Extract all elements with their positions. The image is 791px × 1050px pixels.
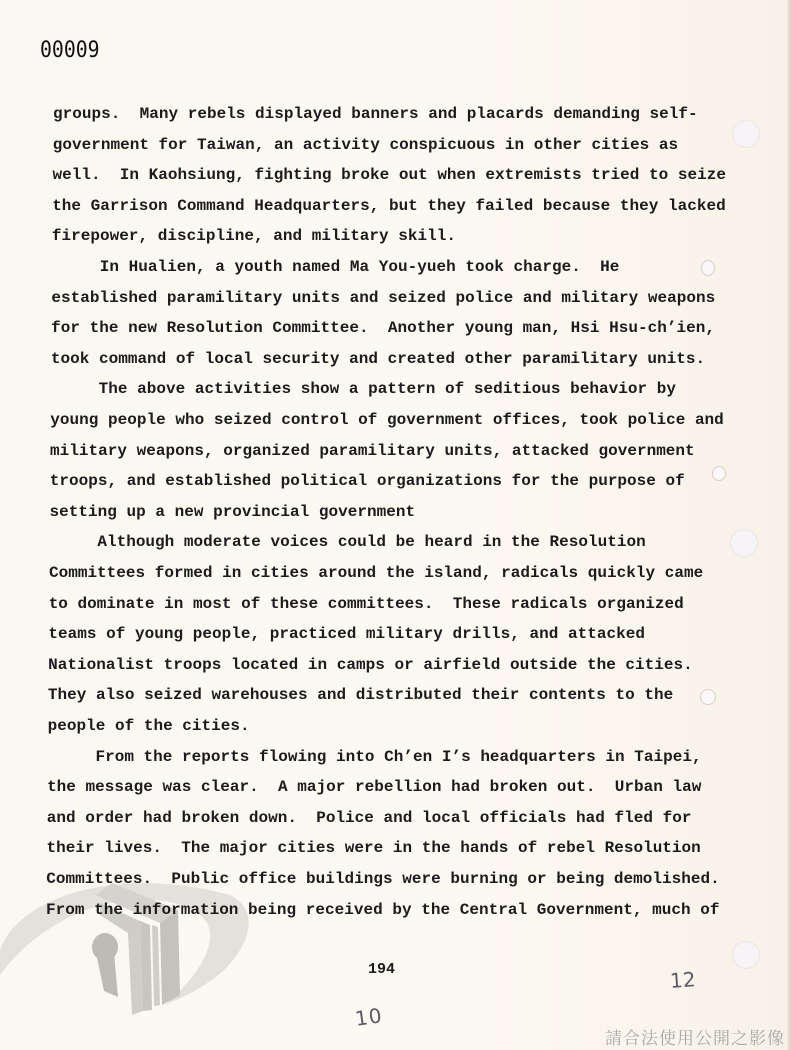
punch-hole — [713, 467, 725, 480]
handwritten-mark: 12 — [669, 967, 696, 993]
text-line: established paramilitary units and seize… — [51, 288, 715, 308]
text-line: From the reports flowing into Ch’en I’s … — [47, 747, 701, 767]
punch-hole — [733, 121, 759, 147]
handwritten-mark: 10 — [353, 1003, 384, 1031]
text-line: In Hualien, a youth named Ma You-yueh to… — [52, 257, 620, 277]
text-line: their lives. The major cities were in th… — [47, 838, 701, 858]
watermark-text: 請合法使用公開之影像 — [605, 1024, 785, 1049]
punch-hole — [731, 530, 757, 556]
text-line: military weapons, organized paramilitary… — [50, 441, 695, 461]
text-line: took command of local security and creat… — [51, 349, 705, 369]
text-line: young people who seized control of gover… — [50, 410, 724, 430]
page-number: 194 — [368, 961, 395, 978]
text-line: Committees formed in cities around the i… — [49, 563, 703, 583]
text-line: groups. Many rebels displayed banners an… — [53, 104, 698, 124]
punch-hole — [701, 690, 715, 704]
text-line: Although moderate voices could be heard … — [49, 532, 646, 552]
text-line: to dominate in most of these committees.… — [49, 594, 684, 614]
punch-hole — [702, 261, 714, 275]
text-line: the message was clear. A major rebellion… — [47, 777, 701, 797]
scanned-page: 00009 groups. Many rebels displayed bann… — [0, 0, 791, 1050]
punch-hole — [733, 942, 759, 968]
text-line: firepower, discipline, and military skil… — [52, 226, 456, 246]
document-id: 00009 — [40, 38, 100, 63]
text-line: and order had broken down. Police and lo… — [47, 808, 692, 828]
text-line: From the information being received by t… — [46, 900, 720, 920]
text-line: the Garrison Command Headquarters, but t… — [52, 196, 726, 216]
text-line: They also seized warehouses and distribu… — [48, 685, 673, 705]
text-line: Committees. Public office buildings were… — [46, 869, 720, 889]
page-edge — [787, 0, 791, 1050]
text-line: people of the cities. — [48, 716, 250, 736]
text-line: well. In Kaohsiung, fighting broke out w… — [52, 165, 726, 185]
text-line: troops, and established political organi… — [50, 471, 685, 491]
text-line: setting up a new provincial government — [50, 502, 416, 522]
text-line: for the new Resolution Committee. Anothe… — [51, 318, 715, 338]
text-line: teams of young people, practiced militar… — [48, 624, 645, 644]
text-line: The above activities show a pattern of s… — [51, 379, 676, 399]
text-line: Nationalist troops located in camps or a… — [48, 655, 693, 675]
text-line: government for Taiwan, an activity consp… — [53, 135, 678, 155]
